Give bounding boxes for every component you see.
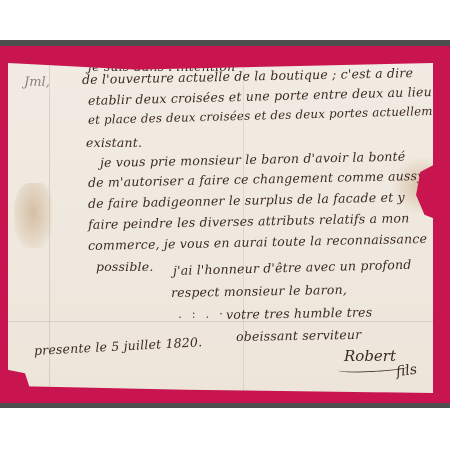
letter-line-12: j'ai l'honneur d'être avec un profond bbox=[173, 257, 412, 278]
letter-line-7: de m'autoriser a faire ce changement com… bbox=[88, 168, 425, 190]
letter-line-11: possible. bbox=[96, 259, 154, 274]
letter-line-6: je vous prie monsieur le baron d'avoir l… bbox=[100, 149, 406, 170]
signature-suffix: fils bbox=[395, 362, 418, 381]
margin-note: Jml, bbox=[24, 75, 50, 90]
letter-line-5: existant. bbox=[86, 135, 142, 150]
letter-line-10: commerce, je vous en aurai toute la reco… bbox=[88, 231, 427, 253]
letter-line-9: faire peindre les diverses attributs rel… bbox=[88, 210, 410, 232]
letter-line-8: de faire badigeonner le surplus de la fa… bbox=[88, 189, 405, 211]
date-line: presente le 5 juillet 1820. bbox=[34, 334, 203, 358]
fold-crease-horizontal bbox=[8, 321, 433, 322]
ink-spots: . : . · bbox=[178, 307, 226, 321]
letter-line-15: obeissant serviteur bbox=[236, 327, 362, 344]
letter-line-14: votre tres humble tres bbox=[226, 304, 373, 322]
letter-line-13: respect monsieur le baron, bbox=[171, 282, 347, 300]
letter-line-4: et place des deux croisées et des deux p… bbox=[88, 103, 450, 127]
bottom-frame-strip bbox=[0, 403, 450, 408]
signature: Robert bbox=[344, 347, 396, 365]
paper-stain-left bbox=[14, 183, 52, 248]
letter-paper: Jml, je suis dans l'intention de l'ouver… bbox=[8, 63, 433, 393]
